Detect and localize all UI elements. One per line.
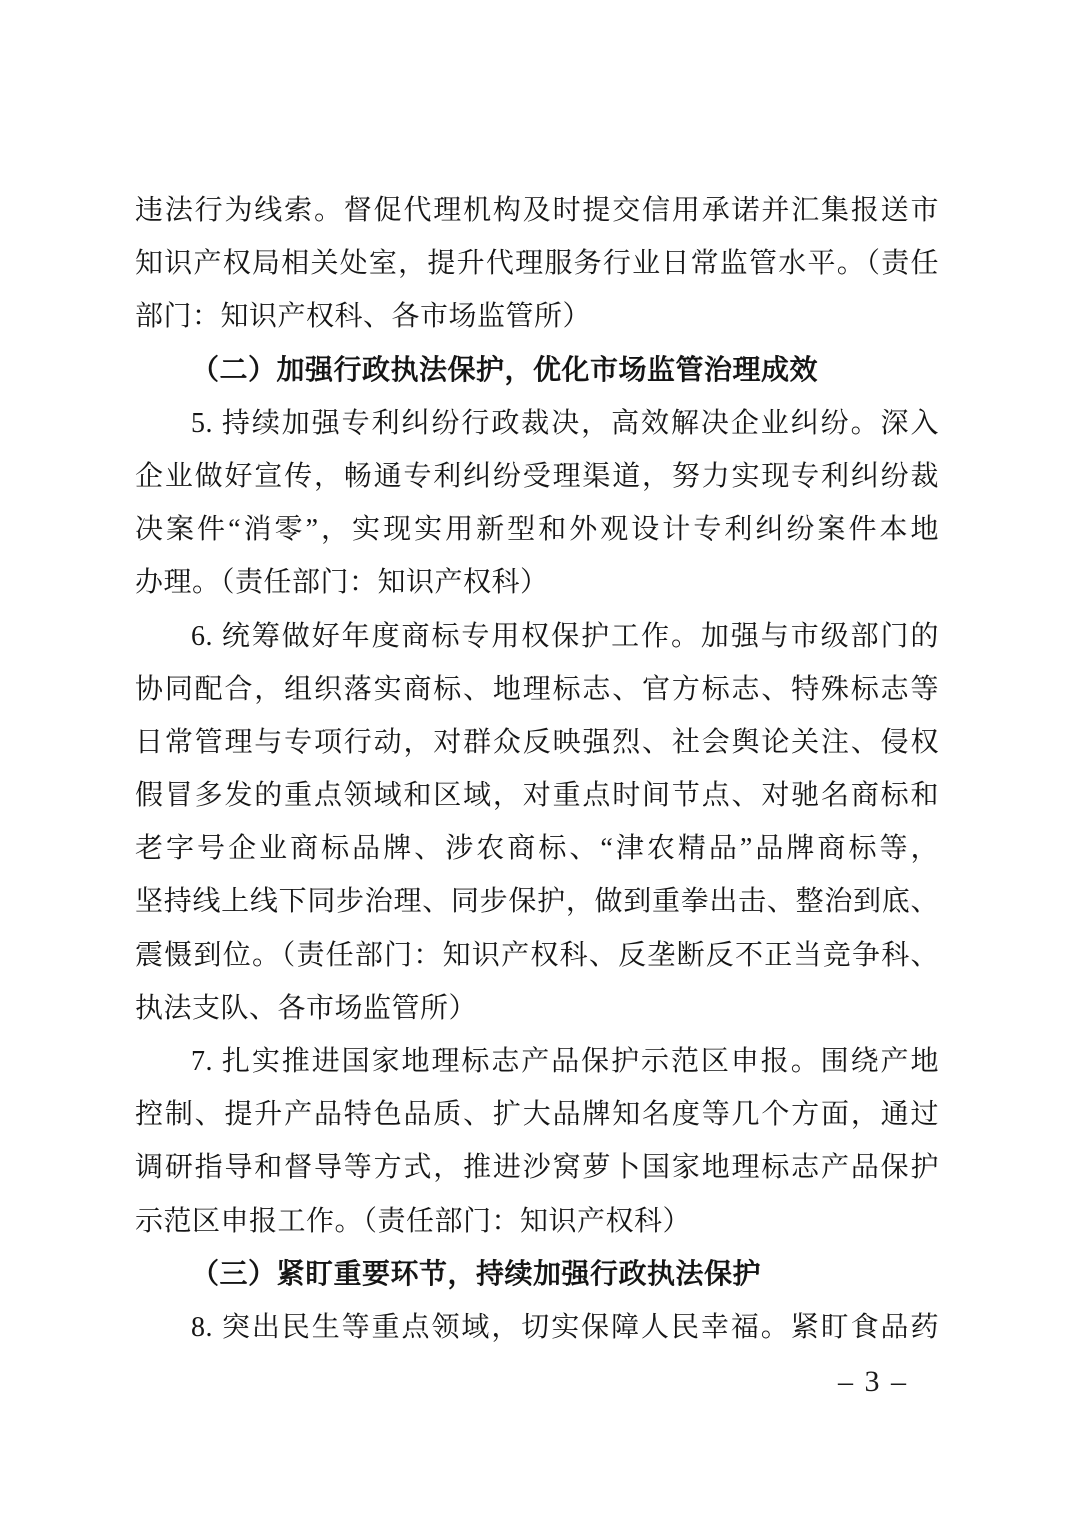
text-line: 执法支队、各市场监管所） (135, 982, 939, 1035)
text-line: 7. 扎实推进国家地理标志产品保护示范区申报。围绕产地 (135, 1035, 939, 1088)
text-line: 6. 统筹做好年度商标专用权保护工作。加强与市级部门的 (135, 610, 939, 663)
text-line: 5. 持续加强专利纠纷行政裁决，高效解决企业纠纷。深入 (135, 397, 939, 450)
text-line: 老字号企业商标品牌、涉农商标、“津农精品”品牌商标等， (135, 822, 939, 875)
text-line: 知识产权局相关处室，提升代理服务行业日常监管水平。（责任 (135, 237, 939, 290)
text-line: 办理。（责任部门：知识产权科） (135, 556, 939, 609)
page-number: – 3 – (838, 1362, 908, 1402)
text-line: 控制、提升产品特色品质、扩大品牌知名度等几个方面，通过 (135, 1088, 939, 1141)
section-heading: （二）加强行政执法保护，优化市场监管治理成效 (135, 344, 939, 397)
text-line: 震慑到位。（责任部门：知识产权科、反垄断反不正当竞争科、 (135, 929, 939, 982)
text-line: 假冒多发的重点领域和区域，对重点时间节点、对驰名商标和 (135, 769, 939, 822)
text-line: 调研指导和督导等方式，推进沙窝萝卜国家地理标志产品保护 (135, 1141, 939, 1194)
document-page: 违法行为线索。督促代理机构及时提交信用承诺并汇集报送市 知识产权局相关处室，提升… (0, 0, 1074, 1520)
text-line: 示范区申报工作。（责任部门：知识产权科） (135, 1195, 939, 1248)
text-line: 协同配合，组织落实商标、地理标志、官方标志、特殊标志等 (135, 663, 939, 716)
text-line: 企业做好宣传，畅通专利纠纷受理渠道，努力实现专利纠纷裁 (135, 450, 939, 503)
text-line: 决案件“消零”，实现实用新型和外观设计专利纠纷案件本地 (135, 503, 939, 556)
document-body: 违法行为线索。督促代理机构及时提交信用承诺并汇集报送市 知识产权局相关处室，提升… (135, 184, 939, 1354)
section-heading: （三）紧盯重要环节，持续加强行政执法保护 (135, 1248, 939, 1301)
text-line: 8. 突出民生等重点领域，切实保障人民幸福。紧盯食品药 (135, 1301, 939, 1354)
text-line: 违法行为线索。督促代理机构及时提交信用承诺并汇集报送市 (135, 184, 939, 237)
text-line: 部门：知识产权科、各市场监管所） (135, 290, 939, 343)
text-line: 日常管理与专项行动，对群众反映强烈、社会舆论关注、侵权 (135, 716, 939, 769)
text-line: 坚持线上线下同步治理、同步保护，做到重拳出击、整治到底、 (135, 875, 939, 928)
